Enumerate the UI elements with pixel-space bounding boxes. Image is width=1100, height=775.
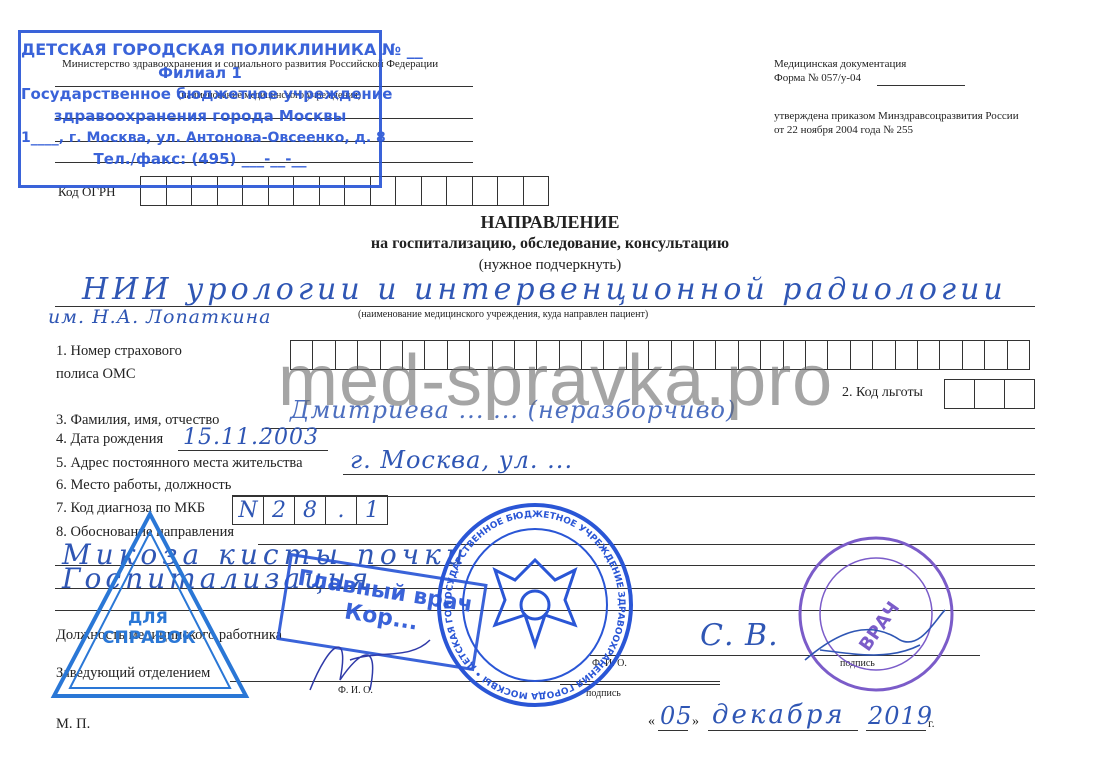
date-row: « 05 » декабря 2019 г. bbox=[648, 700, 968, 740]
ogrn-cell bbox=[422, 177, 448, 205]
signature-scribble-icon bbox=[300, 620, 440, 700]
benefit-cell bbox=[975, 380, 1005, 408]
dob-value: 15.11.2003 bbox=[183, 425, 319, 450]
approved-line-1: утверждена приказом Минздравсоцразвития … bbox=[774, 110, 1019, 122]
clinic-stamp-line-6: Тел./факс: (495) ___-__-__ bbox=[21, 149, 379, 169]
triangle-stamp-top: ДЛЯ bbox=[128, 608, 168, 627]
signature-scribble-2-icon bbox=[800, 600, 950, 670]
clinic-stamp-line-5: 1____, г. Москва, ул. Антонова-Овсеенко,… bbox=[21, 127, 379, 149]
document-title: НАПРАВЛЕНИЕ bbox=[0, 212, 1100, 233]
policy-label-2: полиса ОМС bbox=[56, 366, 136, 383]
icd-cells: N28.1 bbox=[232, 495, 388, 525]
ogrn-cell bbox=[447, 177, 473, 205]
date-close-quote: » bbox=[692, 714, 699, 730]
document-subtitle: на госпитализацию, обследование, консуль… bbox=[0, 235, 1100, 253]
destination-caption: (наименование медицинского учреждения, к… bbox=[358, 309, 648, 320]
ogrn-cell bbox=[473, 177, 499, 205]
doctor-name-hand: С. В. bbox=[700, 618, 779, 653]
address-value: г. Москва, ул. ... bbox=[350, 446, 573, 474]
clinic-stamp: ДЕТСКАЯ ГОРОДСКАЯ ПОЛИКЛИНИКА № __ Филиа… bbox=[18, 30, 382, 188]
benefit-cells bbox=[944, 379, 1035, 409]
policy-cell bbox=[985, 341, 1007, 369]
policy-cell bbox=[940, 341, 962, 369]
ogrn-cell bbox=[396, 177, 422, 205]
work-label: 6. Место работы, должность bbox=[56, 477, 231, 494]
policy-label-1: 1. Номер страхового bbox=[56, 343, 182, 360]
policy-cell bbox=[851, 341, 873, 369]
dob-line bbox=[178, 450, 328, 451]
clinic-stamp-line-1: ДЕТСКАЯ ГОРОДСКАЯ ПОЛИКЛИНИКА № __ bbox=[21, 37, 379, 63]
benefit-label: 2. Код льготы bbox=[842, 385, 923, 401]
policy-cell bbox=[963, 341, 985, 369]
date-suffix: г. bbox=[928, 716, 935, 731]
triangle-stamp-icon bbox=[50, 510, 250, 700]
date-month-line bbox=[708, 730, 858, 731]
mp-label: М. П. bbox=[56, 716, 90, 733]
clinic-stamp-line-2: Филиал 1 bbox=[21, 63, 379, 83]
ogrn-cell bbox=[498, 177, 524, 205]
date-year: 2019 bbox=[868, 702, 933, 730]
triangle-stamp-bottom: СПРАВОК bbox=[102, 628, 196, 648]
benefit-cell bbox=[1005, 380, 1035, 408]
icd-cell: . bbox=[326, 496, 357, 524]
name-line bbox=[265, 428, 1035, 429]
policy-cell bbox=[873, 341, 895, 369]
dob-label: 4. Дата рождения bbox=[56, 431, 163, 448]
date-day: 05 bbox=[660, 702, 693, 730]
destination-handwritten-1: НИИ урологии и интервенционной радиологи… bbox=[82, 272, 1007, 307]
date-day-line bbox=[658, 730, 688, 731]
form-number: Форма № 057/у-04 bbox=[774, 72, 861, 84]
policy-cell bbox=[1008, 341, 1030, 369]
destination-handwritten-2: им. Н.А. Лопаткина bbox=[48, 306, 271, 328]
form-extra-line bbox=[877, 85, 965, 86]
clinic-stamp-line-3: Государственное бюджетное учреждение bbox=[21, 83, 379, 105]
ogrn-cell bbox=[524, 177, 550, 205]
icd-cell: 8 bbox=[295, 496, 326, 524]
approved-line-2: от 22 ноября 2004 года № 255 bbox=[774, 124, 913, 136]
round-stamp-icon: ГОСУДАРСТВЕННОЕ БЮДЖЕТНОЕ УЧРЕЖДЕНИЕ ЗДР… bbox=[435, 500, 635, 710]
icd-cell: 1 bbox=[357, 496, 388, 524]
date-year-line bbox=[866, 730, 926, 731]
clinic-stamp-line-4: здравоохранения города Москвы bbox=[21, 105, 379, 127]
icd-cell: 2 bbox=[264, 496, 295, 524]
address-line bbox=[343, 474, 1035, 475]
address-label: 5. Адрес постоянного места жительства bbox=[56, 455, 303, 472]
date-open-quote: « bbox=[648, 714, 655, 730]
policy-cell bbox=[896, 341, 918, 369]
date-month: декабря bbox=[712, 700, 846, 730]
watermark: med-spravka.pro bbox=[278, 340, 833, 422]
policy-cell bbox=[918, 341, 940, 369]
docs-label: Медицинская документация bbox=[774, 58, 906, 70]
benefit-cell bbox=[945, 380, 975, 408]
